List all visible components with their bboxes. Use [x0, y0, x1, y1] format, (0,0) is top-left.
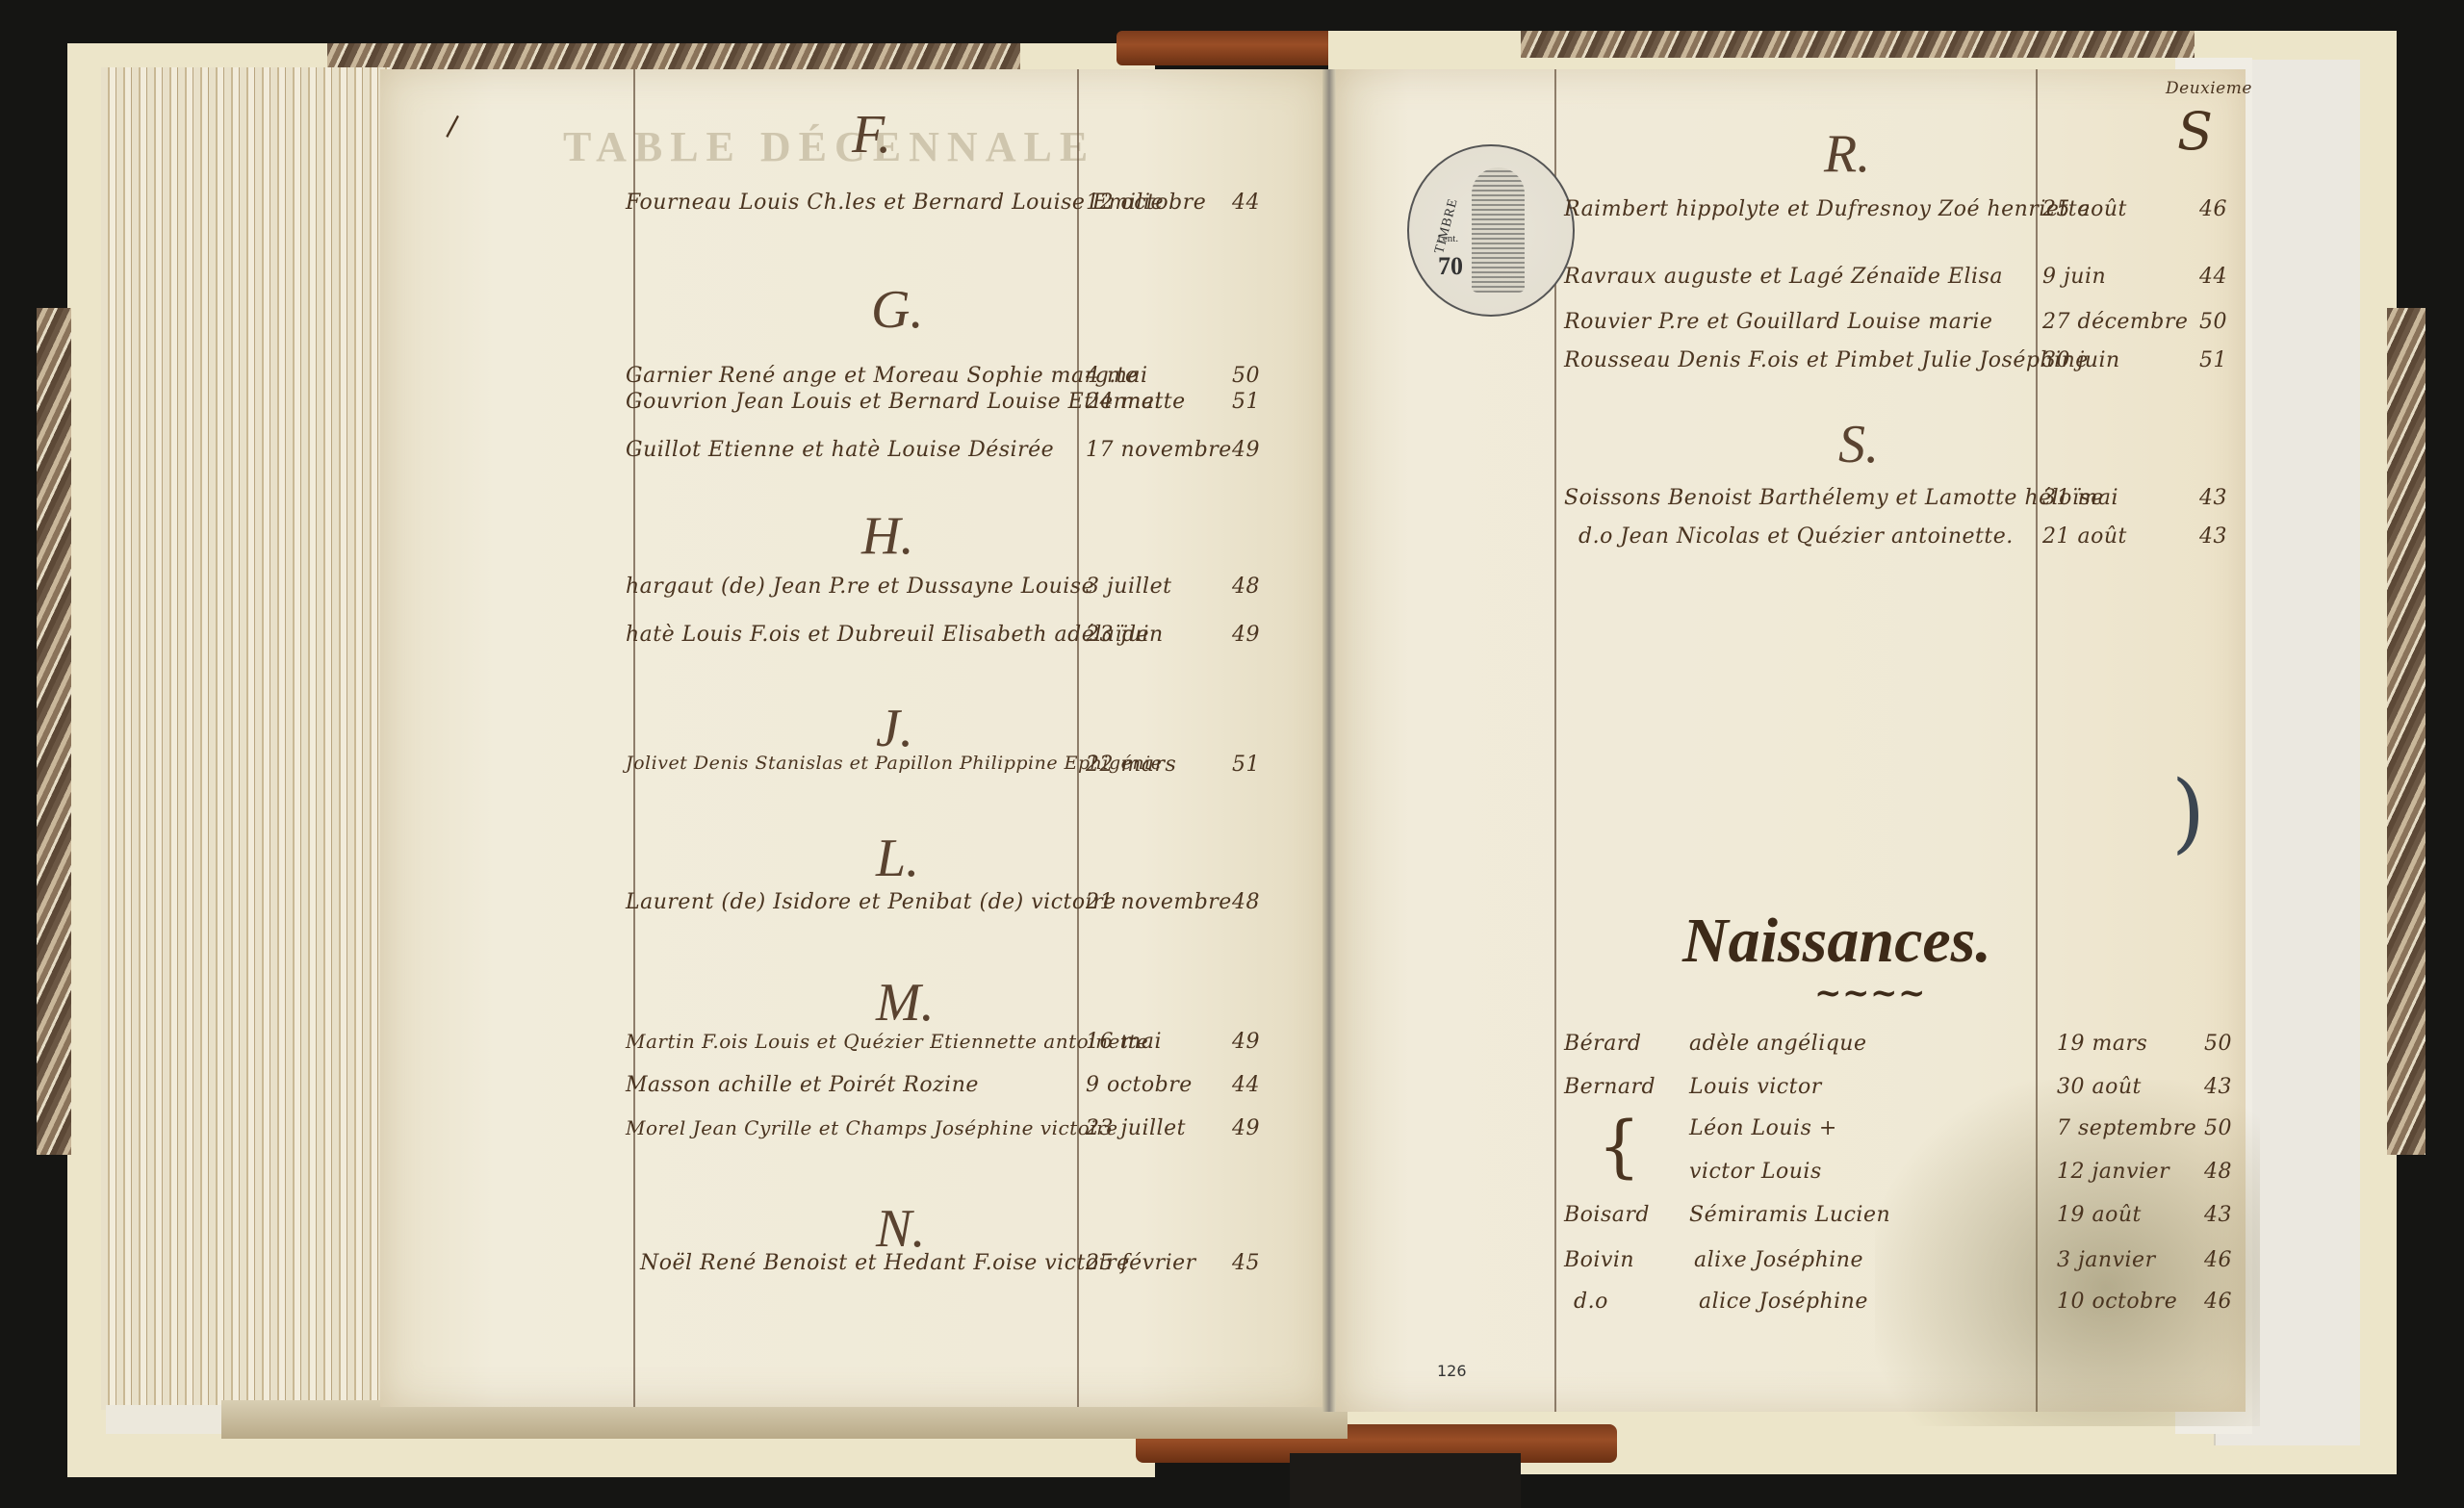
- birth-given: Léon Louis +: [1689, 1116, 1837, 1140]
- section-letter-h: H.: [861, 505, 913, 567]
- birth-surname: Boivin: [1564, 1248, 1634, 1272]
- entry-year: 48: [1232, 575, 1260, 599]
- entry-year: 51: [1232, 390, 1260, 414]
- corner-note: Deuxieme: [2166, 79, 2252, 98]
- page-number: 126: [1437, 1362, 1467, 1380]
- birth-year: 50: [2204, 1116, 2232, 1140]
- liberty-figure-icon: [1472, 167, 1525, 293]
- entry-names: Fourneau Louis Ch.les et Bernard Louise …: [626, 191, 1164, 215]
- section-letter-r: R.: [1824, 123, 1870, 185]
- entry-year: 49: [1232, 438, 1260, 462]
- birth-surname: Bernard: [1564, 1075, 1655, 1099]
- entry-names: d.o Jean Nicolas et Quézier antoinette.: [1578, 524, 2014, 549]
- entry-names: Noël René Benoist et Hedant F.oise victo…: [640, 1251, 1130, 1275]
- entry-date: 16 mai: [1086, 1030, 1162, 1054]
- entry-names: hargaut (de) Jean P.re et Dussayne Louis…: [626, 575, 1094, 599]
- entry-year: 43: [2199, 486, 2227, 510]
- entry-date: 23 juillet: [1086, 1116, 1186, 1140]
- entry-names: Jolivet Denis Stanislas et Papillon Phil…: [626, 753, 1162, 774]
- page-block-left: [101, 67, 390, 1410]
- birth-given: Sémiramis Lucien: [1689, 1203, 1890, 1227]
- section-letter-j: J.: [876, 698, 913, 759]
- section-letter-f: F.: [852, 104, 891, 166]
- entry-date: 24 mai: [1086, 390, 1162, 414]
- entry-names: Soissons Benoist Barthélemy et Lamotte h…: [1564, 486, 2104, 510]
- birth-year: 43: [2204, 1203, 2232, 1227]
- section-letter-s: S.: [1838, 414, 1879, 475]
- entry-date: 9 juin: [2042, 265, 2106, 289]
- entry-year: 45: [1232, 1251, 1260, 1275]
- section-letter-m: M.: [876, 972, 935, 1034]
- entry-year: 44: [1232, 191, 1260, 215]
- birth-date: 12 janvier: [2057, 1160, 2169, 1184]
- entry-names: Masson achille et Poirét Rozine: [626, 1073, 979, 1097]
- entry-year: 50: [1232, 364, 1260, 388]
- flyleaf-left-bottom: [106, 1405, 221, 1434]
- entry-date: 21 août: [2042, 524, 2127, 549]
- entry-names: Laurent (de) Isidore et Penibat (de) vic…: [626, 890, 1116, 914]
- birth-year: 46: [2204, 1290, 2232, 1314]
- entry-date: 17 novembre: [1086, 438, 1232, 462]
- entry-date: 27 décembre: [2042, 310, 2188, 334]
- entry-year: 43: [2199, 524, 2227, 549]
- spine-gutter: [1322, 69, 1336, 1412]
- entry-year: 46: [2199, 197, 2227, 221]
- entry-names: Rousseau Denis F.ois et Pimbet Julie Jos…: [1564, 348, 2089, 372]
- cover-marble-left-edge: [37, 308, 71, 1155]
- birth-given: alixe Joséphine: [1694, 1248, 1863, 1272]
- stamp-label: TIMBRE: [1432, 196, 1462, 255]
- birth-date: 30 août: [2057, 1075, 2142, 1099]
- naissances-title: Naissances.: [1682, 905, 1991, 978]
- entry-date: 12 octobre: [1086, 191, 1206, 215]
- stamp-unit: cent.: [1438, 233, 1458, 244]
- entry-date: 22 mars: [1086, 753, 1176, 777]
- birth-date: 19 mars: [2057, 1032, 2147, 1056]
- entry-date: 9 octobre: [1086, 1073, 1193, 1097]
- entry-names: Raimbert hippolyte et Dufresnoy Zoé henr…: [1564, 197, 2091, 221]
- entry-year: 44: [2199, 265, 2227, 289]
- birth-given: Louis victor: [1689, 1075, 1822, 1099]
- stamp-value: 70: [1438, 252, 1463, 281]
- entry-date: 30 juin: [2042, 348, 2120, 372]
- ghost-print-header: TABLE DÉCENNALE: [563, 122, 1095, 171]
- entry-year: 48: [1232, 890, 1260, 914]
- cover-marble-right-edge: [2387, 308, 2425, 1155]
- spine-leather-stub: [1290, 1453, 1521, 1508]
- entry-date: 25 août: [2042, 197, 2127, 221]
- entry-date: 21 novembre: [1086, 890, 1232, 914]
- entry-names: Garnier René ange et Moreau Sophie marg.…: [626, 364, 1139, 388]
- entry-year: 51: [2199, 348, 2227, 372]
- entry-year: 49: [1232, 623, 1260, 647]
- birth-surname: d.o: [1574, 1290, 1608, 1314]
- birth-year: 43: [2204, 1075, 2232, 1099]
- entry-names: Martin F.ois Louis et Quézier Etiennette…: [626, 1030, 1148, 1053]
- birth-given: adèle angélique: [1689, 1032, 1867, 1056]
- birth-given: victor Louis: [1689, 1160, 1822, 1184]
- pencil-bracket: ): [2171, 762, 2206, 863]
- entry-year: 44: [1232, 1073, 1260, 1097]
- entry-names: Guillot Etienne et hatè Louise Désirée: [626, 438, 1054, 462]
- birth-surname: Bérard: [1564, 1032, 1641, 1056]
- section-letter-l: L.: [876, 828, 919, 889]
- margin-mark: \: [439, 110, 467, 143]
- section-letter-g: G.: [871, 279, 923, 341]
- entry-year: 50: [2199, 310, 2227, 334]
- entry-date: 25 février: [1086, 1251, 1196, 1275]
- cover-marble-top-right-2: [1521, 31, 2194, 58]
- cover-marble-top-left: [327, 43, 1020, 72]
- birth-given: alice Joséphine: [1699, 1290, 1868, 1314]
- entry-names: hatè Louis F.ois et Dubreuil Elisabeth a…: [626, 623, 1149, 647]
- entry-names: Morel Jean Cyrille et Champs Joséphine v…: [626, 1116, 1118, 1139]
- entry-date: 4 mai: [1086, 364, 1148, 388]
- tax-stamp: TIMBRE 70 cent.: [1407, 144, 1575, 317]
- entry-names: Ravraux auguste et Lagé Zénaïde Elisa: [1564, 265, 2003, 289]
- birth-year: 50: [2204, 1032, 2232, 1056]
- birth-year: 48: [2204, 1160, 2232, 1184]
- birth-date: 10 octobre: [2057, 1290, 2177, 1314]
- bracket-brace-icon: {: [1598, 1107, 1641, 1186]
- birth-surname: Boisard: [1564, 1203, 1650, 1227]
- birth-date: 7 septembre: [2057, 1116, 2196, 1140]
- birth-date: 3 janvier: [2057, 1248, 2156, 1272]
- entry-names: Rouvier P.re et Gouillard Louise marie: [1564, 310, 1992, 334]
- entry-year: 49: [1232, 1116, 1260, 1140]
- entry-date: 23 juin: [1086, 623, 1164, 647]
- corner-mark: S: [2177, 101, 2214, 162]
- left-name-column-rule: [633, 69, 635, 1407]
- entry-year: 49: [1232, 1030, 1260, 1054]
- title-flourish: ~~~~: [1814, 974, 1926, 1012]
- left-page: TABLE DÉCENNALE \: [380, 69, 1328, 1407]
- birth-year: 46: [2204, 1248, 2232, 1272]
- entry-date: 3 juillet: [1086, 575, 1171, 599]
- left-date-column-rule: [1077, 69, 1079, 1407]
- entry-date: 31 mai: [2042, 486, 2118, 510]
- birth-date: 19 août: [2057, 1203, 2142, 1227]
- entry-year: 51: [1232, 753, 1260, 777]
